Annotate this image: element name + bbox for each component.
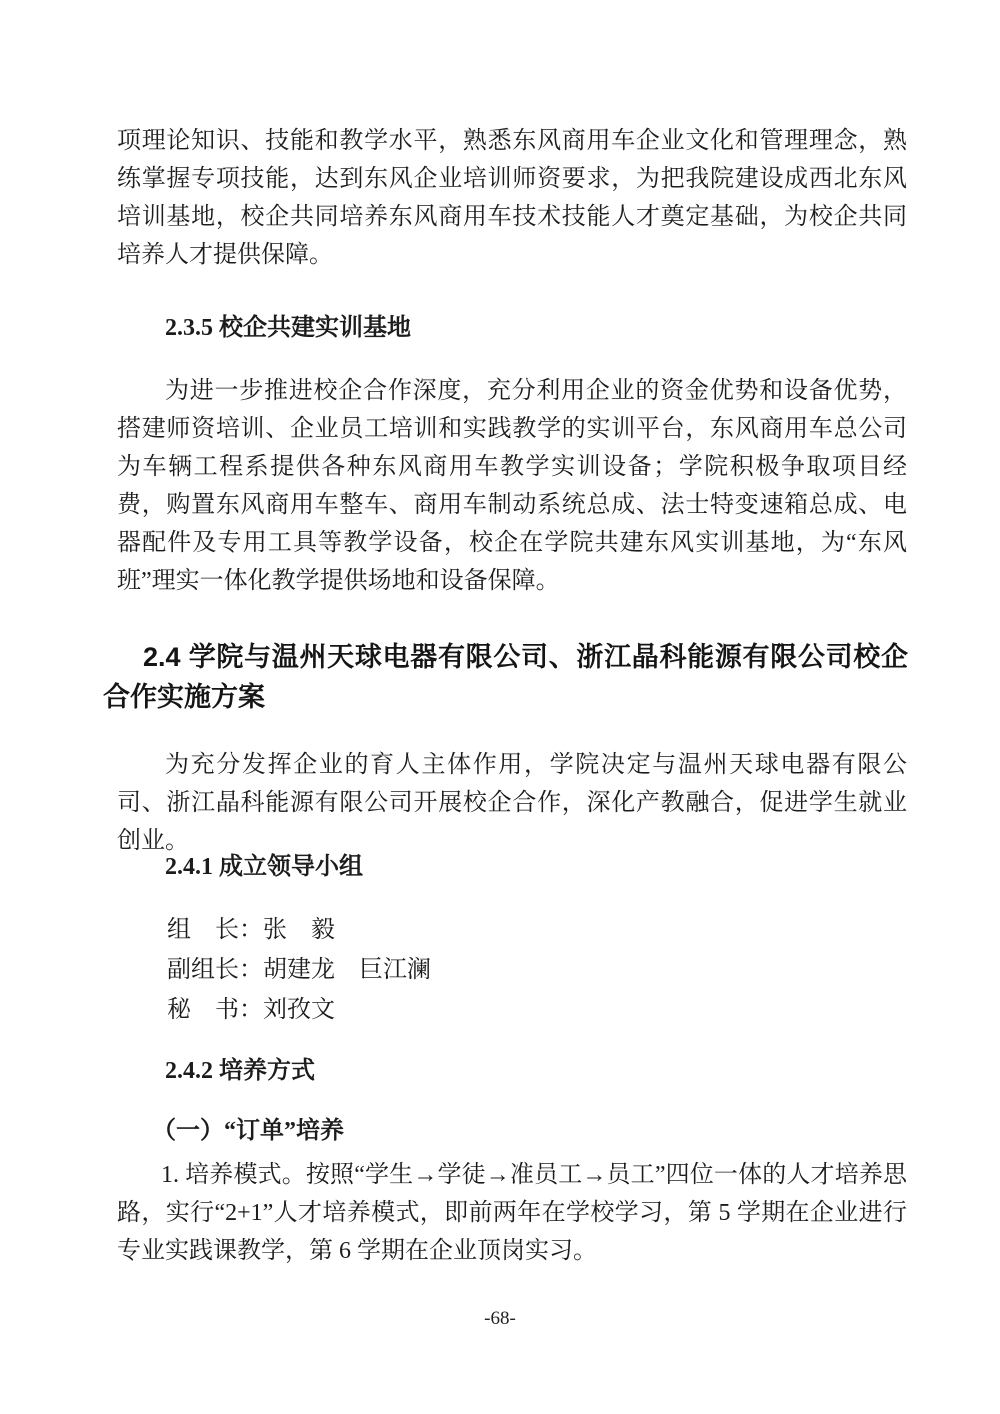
section-2-3-5-paragraph: 为进一步推进校企合作深度，充分利用企业的资金优势和设备优势，搭建师资培训、企业员… <box>117 372 907 600</box>
section-2-4-2-heading: 2.4.2 培养方式 <box>117 1054 907 1088</box>
section-2-4-heading: 2.4 学院与温州天球电器有限公司、浙江晶科能源有限公司校企合作实施方案 <box>103 637 908 717</box>
section-2-3-5-heading: 2.3.5 校企共建实训基地 <box>117 311 907 345</box>
section-2-4-1-heading: 2.4.1 成立领导小组 <box>117 850 907 884</box>
continued-paragraph: 项理论知识、技能和教学水平，熟悉东风商用车企业文化和管理理念，熟练掌握专项技能，… <box>117 122 907 274</box>
leader-line-group-leader: 组 长：张 毅 <box>167 910 767 950</box>
order-training-paragraph: 1. 培养模式。按照“学生→学徒→准员工→员工”四位一体的人才培养思路，实行“2… <box>117 1156 907 1270</box>
page-number: -68- <box>0 1308 1000 1330</box>
document-page: 项理论知识、技能和教学水平，熟悉东风商用车企业文化和管理理念，熟练掌握专项技能，… <box>0 0 1000 1414</box>
leadership-group-list: 组 长：张 毅 副组长：胡建龙 巨江澜 秘 书：刘孜文 <box>167 910 767 1030</box>
leader-line-deputy-leaders: 副组长：胡建龙 巨江澜 <box>167 950 767 990</box>
leader-line-secretary: 秘 书：刘孜文 <box>167 990 767 1030</box>
section-2-4-paragraph: 为充分发挥企业的育人主体作用，学院决定与温州天球电器有限公司、浙江晶科能源有限公… <box>117 746 907 860</box>
order-training-subheading: （一）“订单”培养 <box>117 1114 907 1148</box>
